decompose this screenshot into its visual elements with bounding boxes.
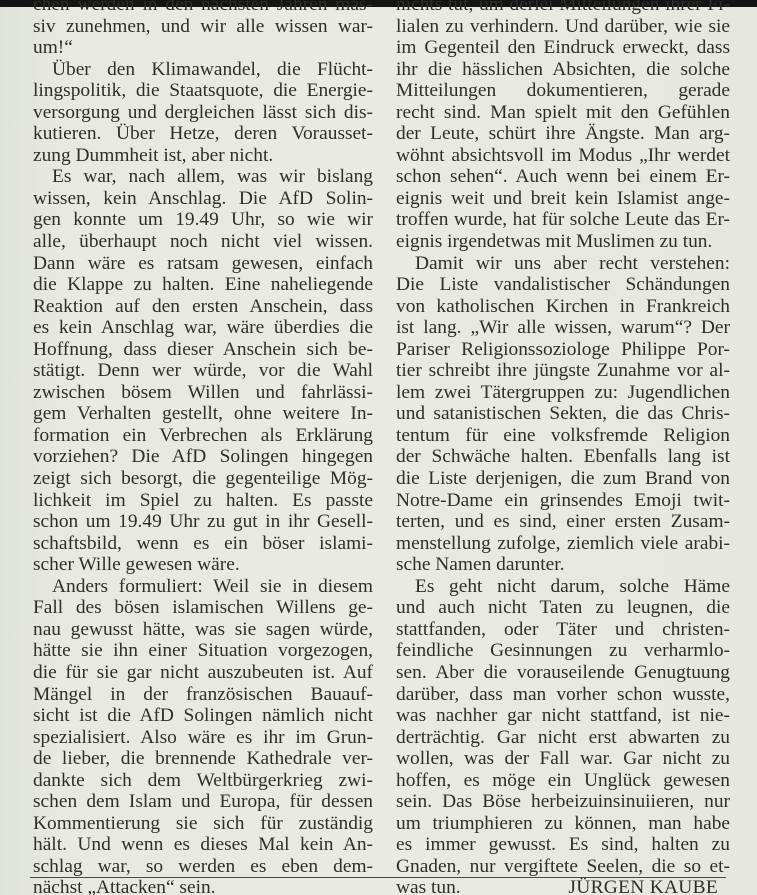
text-line: schon um 19.49 Uhr zu gut in ihr Gesell- xyxy=(33,511,373,533)
text-line: lem zwei Tätergruppen zu: Jugendlichen xyxy=(396,382,730,404)
text-line: Damit wir uns aber recht verstehen: xyxy=(396,253,730,275)
text-line: Dann wäre es ratsam gewesen, einfach xyxy=(33,253,373,275)
text-line: darüber, dass man vorher schon wusste, xyxy=(396,684,730,706)
left-column-text: chen werden in den nächsten Jahren mas-s… xyxy=(33,0,373,895)
text-line: zeigt sich besorgt, die gegenteilige Mög… xyxy=(33,468,373,490)
text-line: sicht ist die AfD Solingen nämlich nicht xyxy=(33,705,373,727)
text-line: von katholischen Kirchen in Frankreich xyxy=(396,296,730,318)
text-line: alle, überhaupt noch nicht viel wissen. xyxy=(33,231,373,253)
text-line: tentum für eine volksfremde Religion xyxy=(396,425,730,447)
text-line: Mitteilungen dokumentieren, gerade xyxy=(396,80,730,102)
text-line: wöhnt absichtsvoll im Modus „Ihr werdet xyxy=(396,145,730,167)
text-line: Pariser Religionssoziologe Philippe Por- xyxy=(396,339,730,361)
text-line: kutieren. Über Hetze, deren Vorausset- xyxy=(33,123,373,145)
text-line: versorgung und dergleichen lässt sich di… xyxy=(33,102,373,124)
text-line: was nachher gar nicht stattfand, ist nie… xyxy=(396,705,730,727)
text-line: sen. Aber die vorauseilende Genugtuung xyxy=(396,662,730,684)
text-line: hält. Und wenn es dieses Mal kein An- xyxy=(33,834,373,856)
text-line: die für sie gar nicht auszubeuten ist. A… xyxy=(33,662,373,684)
text-line: ihr die hässlichen Absichten, die solche xyxy=(396,59,730,81)
text-line: lichkeit im Spiel zu halten. Es passte xyxy=(33,490,373,512)
text-line: Fall des bösen islamischen Willens ge- xyxy=(33,597,373,619)
text-line: Kommentierung sie sich für zuständig xyxy=(33,813,373,835)
text-line: der Leute, schürt ihre Ängste. Man arg- xyxy=(396,123,730,145)
text-line: terten, und es sind, einer ersten Zusam- xyxy=(396,511,730,533)
text-line: sein. Das Böse herbeizuinsinuiieren, nur xyxy=(396,791,730,813)
text-line: nächst „Attacken“ sein. xyxy=(33,877,373,895)
text-line: nichts tut, um derlei Mitteilungen ihrer… xyxy=(396,0,730,16)
text-line: Gnaden, nur vergiftete Seelen, die so et… xyxy=(396,856,730,878)
text-line: chen werden in den nächsten Jahren mas- xyxy=(33,0,373,16)
article-column-left: chen werden in den nächsten Jahren mas-s… xyxy=(33,0,373,895)
bottom-rule-left xyxy=(30,877,380,878)
text-line: lialen zu verhindern. Und darüber, wie s… xyxy=(396,16,730,38)
text-line: Hoffnung, dass dieser Anschein sich be- xyxy=(33,339,373,361)
text-line: stätigt. Denn wer würde, vor die Wahl xyxy=(33,360,373,382)
right-column-text: nichts tut, um derlei Mitteilungen ihrer… xyxy=(396,0,730,895)
text-line: vorziehen? Die AfD Solingen hingegen xyxy=(33,446,373,468)
text-line: zwischen bösem Willen und fahrlässi- xyxy=(33,382,373,404)
text-line: und auch nicht Taten zu leugnen, die xyxy=(396,597,730,619)
text-line: recht sind. Man spielt mit den Gefühlen xyxy=(396,102,730,124)
text-line: schen dem Islam und Europa, für dessen xyxy=(33,791,373,813)
text-line: eignis weit und breit kein Islamist ange… xyxy=(396,188,730,210)
text-line: um!“ xyxy=(33,37,373,59)
text-line: sche Namen darunter. xyxy=(396,554,730,576)
text-line: der Schwäche halten. Ebenfalls lang ist xyxy=(396,446,730,468)
text-line: dankte sich dem Weltbürgerkrieg zwi- xyxy=(33,770,373,792)
text-line: menstellung zufolge, ziemlich viele arab… xyxy=(396,533,730,555)
text-line: siv zunehmen, und wir alle wissen war- xyxy=(33,16,373,38)
text-line: troffen wurde, hat für solche Leute das … xyxy=(396,209,730,231)
text-line: im Gegenteil den Eindruck erweckt, dass xyxy=(396,37,730,59)
text-line: wissen, kein Anschlag. Die AfD Solin- xyxy=(33,188,373,210)
text-line: formation ein Verbrechen als Erklärung xyxy=(33,425,373,447)
text-line: gen konnte um 19.49 Uhr, so wie wir xyxy=(33,209,373,231)
text-line: die Klappe zu halten. Eine naheliegende xyxy=(33,274,373,296)
text-line: um triumphieren zu können, man habe xyxy=(396,813,730,835)
text-line: de lieber, die brennende Kathedrale ver- xyxy=(33,748,373,770)
text-line: schaftsbild, wenn es ein böser islami- xyxy=(33,533,373,555)
final-line-text: was tun. xyxy=(396,877,461,895)
bottom-rule-right xyxy=(380,877,726,878)
text-line: Über den Klimawandel, die Flücht- xyxy=(33,59,373,81)
author-byline: JÜRGEN KAUBE xyxy=(568,877,730,895)
text-line: es immer gewusst. Es sind, halten zu xyxy=(396,834,730,856)
text-line: tier schreibt ihre jüngste Zunahme vor a… xyxy=(396,360,730,382)
text-line: wollen, was der Fall war. Gar nicht zu xyxy=(396,748,730,770)
text-line: nau gewusst hätte, was sie sagen würde, xyxy=(33,619,373,641)
text-line: ist lang. „Wir alle wissen, warum“? Der xyxy=(396,317,730,339)
text-line: Mängel in der französischen Bauauf- xyxy=(33,684,373,706)
text-line: schon sehen“. Auch wenn bei einem Er- xyxy=(396,166,730,188)
text-line: schlag war, so werden es eben dem- xyxy=(33,856,373,878)
text-line: scher Wille gewesen wäre. xyxy=(33,554,373,576)
text-line: Es war, nach allem, was wir bislang xyxy=(33,166,373,188)
text-line: feindliche Gesinnungen zu verharmlo- xyxy=(396,640,730,662)
text-line: Die Liste vandalistischer Schändungen xyxy=(396,274,730,296)
text-line: lingspolitik, die Staatsquote, die Energ… xyxy=(33,80,373,102)
text-line: zung Dummheit ist, aber nicht. xyxy=(33,145,373,167)
text-line: stattfanden, oder Täter und christen- xyxy=(396,619,730,641)
text-line: eignis irgendetwas mit Muslimen zu tun. xyxy=(396,231,730,253)
closing-line: was tun. JÜRGEN KAUBE xyxy=(396,877,730,895)
text-line: spezialisiert. Also wäre es ihr im Grun- xyxy=(33,727,373,749)
text-line: Notre-Dame ein grinsendes Emoji twit- xyxy=(396,490,730,512)
text-line: Es geht nicht darum, solche Häme xyxy=(396,576,730,598)
text-line: hoffen, es möge ein Unglück gewesen xyxy=(396,770,730,792)
text-line: hätte sie ihn einer Situation vorgezogen… xyxy=(33,640,373,662)
text-line: die Liste derjenigen, die zum Brand von xyxy=(396,468,730,490)
text-line: und satanistischen Sekten, die das Chris… xyxy=(396,403,730,425)
text-line: es kein Anschlag war, wäre überdies die xyxy=(33,317,373,339)
text-line: derträchtig. Gar nicht erst abwarten zu xyxy=(396,727,730,749)
article-column-right: nichts tut, um derlei Mitteilungen ihrer… xyxy=(396,0,730,895)
text-line: gem Verhalten gestellt, ohne weitere In- xyxy=(33,403,373,425)
text-line: Anders formuliert: Weil sie in diesem xyxy=(33,576,373,598)
text-line: Reaktion auf den ersten Anschein, dass xyxy=(33,296,373,318)
